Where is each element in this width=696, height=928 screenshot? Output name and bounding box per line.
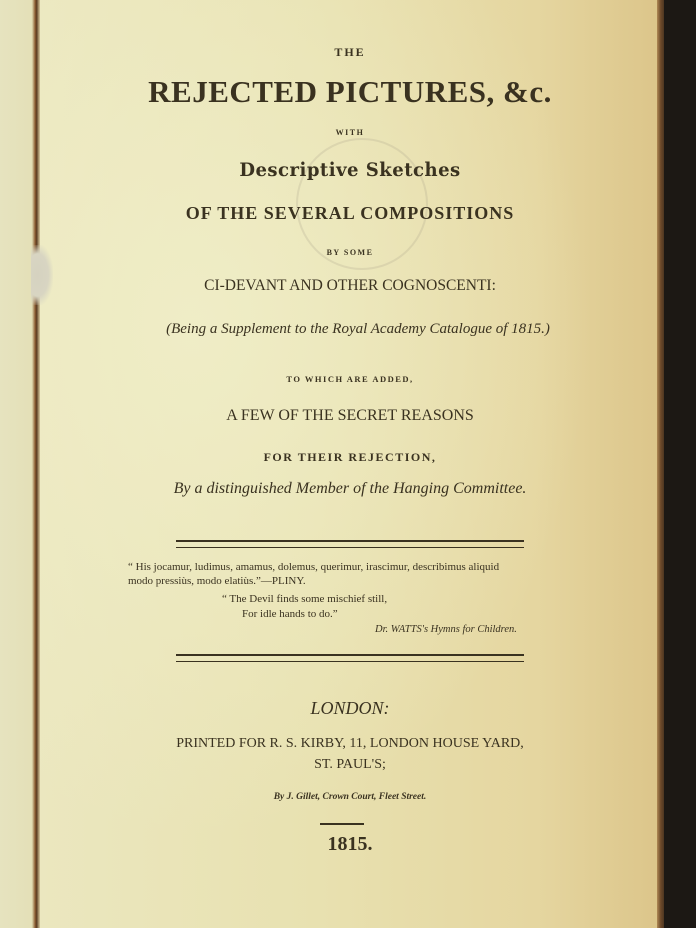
supplement-note: (Being a Supplement to the Royal Academy… <box>48 321 668 338</box>
imprint-year: 1815. <box>40 833 660 856</box>
imprint-printer: By J. Gillet, Crown Court, Fleet Street. <box>40 792 660 802</box>
imprint-city: LONDON: <box>40 698 660 719</box>
double-rule-bottom <box>176 654 524 662</box>
double-rule-top <box>176 540 524 548</box>
main-title: REJECTED PICTURES, &c. <box>40 74 660 110</box>
hanging-committee: By a distinguished Member of the Hanging… <box>40 480 660 498</box>
pliny-quote-2: modo pressiùs, modo elatiùs.”—PLINY. <box>128 575 306 587</box>
pliny-quote-1: “ His jocamur, ludimus, amamus, dolemus,… <box>128 561 499 573</box>
short-rule <box>320 823 364 825</box>
for-rejection: FOR THEIR REJECTION, <box>40 450 660 465</box>
cognoscenti: CI-DEVANT AND OTHER COGNOSCENTI: <box>40 277 660 295</box>
to-which-added: TO WHICH ARE ADDED, <box>40 374 660 384</box>
book-gutter <box>32 0 40 928</box>
title-the: THE <box>40 45 660 60</box>
descriptive-sketches: Descriptive Sketches <box>56 159 645 181</box>
watts-attribution: Dr. WATTS's Hymns for Children. <box>375 624 517 635</box>
by-some: BY SOME <box>40 248 660 257</box>
of-compositions: OF THE SEVERAL COMPOSITIONS <box>40 203 660 224</box>
watts-quote-2: For idle hands to do.” <box>242 608 338 620</box>
imprint-printed-for: PRINTED FOR R. S. KIRBY, 11, LONDON HOUS… <box>40 736 660 752</box>
title-with: WITH <box>40 128 660 137</box>
book-cover <box>664 0 696 928</box>
imprint-location: ST. PAUL'S; <box>40 757 660 773</box>
secret-reasons: A FEW OF THE SECRET REASONS <box>40 407 660 425</box>
watts-quote-1: “ The Devil finds some mischief still, <box>222 593 387 605</box>
